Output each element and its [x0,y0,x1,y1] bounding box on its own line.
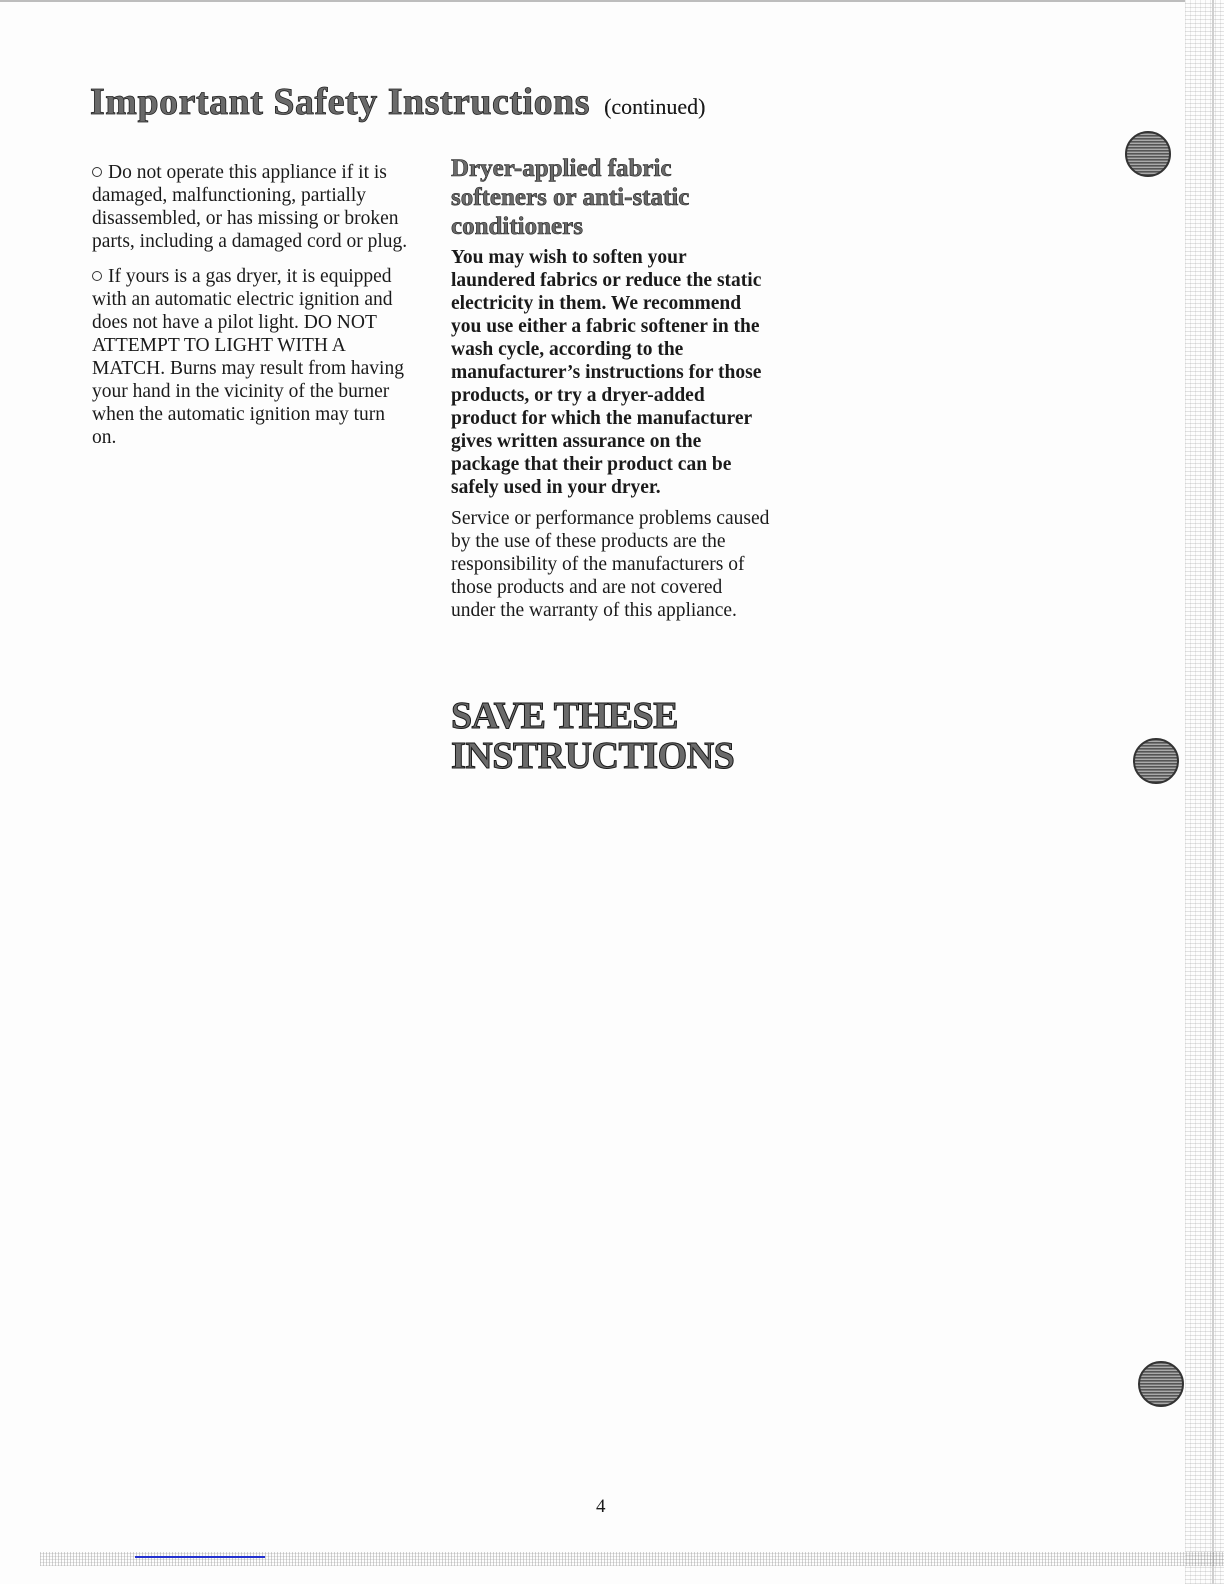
warranty-paragraph: Service or performance problems caused b… [451,507,771,622]
page-number: 4 [596,1496,606,1518]
right-scan-edge [1185,0,1224,1584]
left-column: Do not operate this appliance if it is d… [92,161,412,461]
punch-hole-icon [1133,738,1179,784]
section-heading: Dryer-applied fabric softeners or anti-s… [451,154,771,241]
safety-item-text: Do not operate this appliance if it is d… [92,162,407,252]
bold-paragraph: You may wish to soften your laundered fa… [451,246,771,499]
page-title: Important Safety Instructions (continued… [90,80,705,124]
save-instructions-heading: SAVE THESE INSTRUCTIONS [451,696,734,776]
top-scan-edge [0,0,1185,2]
safety-item: Do not operate this appliance if it is d… [92,161,412,253]
circle-bullet-icon [92,271,102,281]
save-line-2: INSTRUCTIONS [451,736,734,776]
circle-bullet-icon [92,167,102,177]
bottom-scan-edge [40,1552,1224,1566]
right-scan-line [1212,0,1214,1584]
bottom-blue-mark [135,1556,265,1558]
right-column: Dryer-applied fabric softeners or anti-s… [451,154,771,622]
save-line-1: SAVE THESE [451,696,734,736]
page-title-text: Important Safety Instructions [90,81,590,123]
safety-item-text: If yours is a gas dryer, it is equipped … [92,266,404,448]
page-title-suffix: (continued) [604,94,705,119]
punch-hole-icon [1138,1361,1184,1407]
safety-item: If yours is a gas dryer, it is equipped … [92,265,412,449]
punch-hole-icon [1125,131,1171,177]
